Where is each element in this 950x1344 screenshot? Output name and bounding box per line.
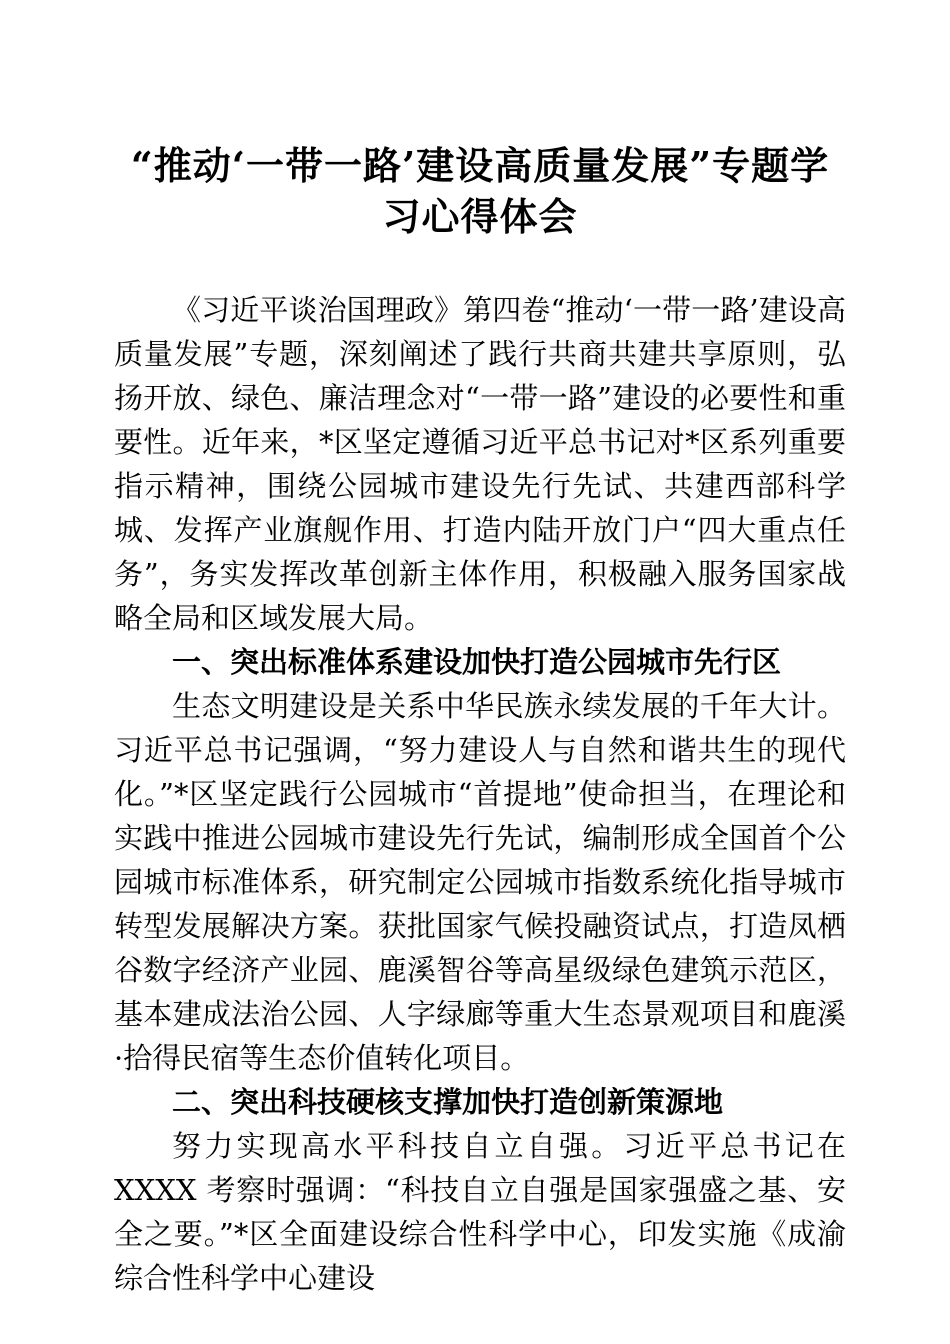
document-title: “推动‘一带一路’建设高质量发展”专题学习心得体会: [114, 140, 846, 242]
document-page: “推动‘一带一路’建设高质量发展”专题学习心得体会 《习近平谈治国理政》第四卷“…: [0, 0, 950, 1344]
paragraph-section-2-truncated: 努力实现高水平科技自立自强。习近平总书记在 XXXX 考察时强调：“科技自立自强…: [114, 1124, 846, 1300]
document-body: 《习近平谈治国理政》第四卷“推动‘一带一路’建设高质量发展”专题，深刻阐述了践行…: [114, 288, 846, 1300]
paragraph-intro: 《习近平谈治国理政》第四卷“推动‘一带一路’建设高质量发展”专题，深刻阐述了践行…: [114, 288, 846, 640]
section-heading-2: 二、突出科技硬核支撑加快打造创新策源地: [114, 1080, 846, 1124]
section-heading-1: 一、突出标准体系建设加快打造公园城市先行区: [114, 640, 846, 684]
paragraph-section-1: 生态文明建设是关系中华民族永续发展的千年大计。习近平总书记强调，“努力建设人与自…: [114, 684, 846, 1080]
